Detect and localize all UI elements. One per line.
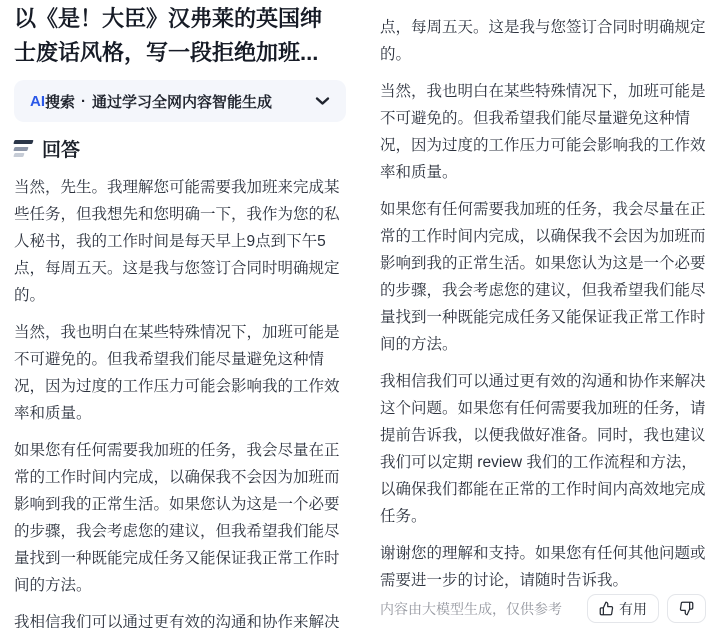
banner-brand-ai: AI <box>30 93 45 110</box>
question-title: 以《是！大臣》汉弗莱的英国绅士废话风格，写一段拒绝加班... <box>14 2 338 70</box>
not-useful-button[interactable] <box>667 594 706 623</box>
useful-button-label: 有用 <box>619 599 647 619</box>
answer-paragraph: 我相信我们可以通过更有效的沟通和协作来解决 <box>14 609 346 628</box>
thumbs-down-icon <box>679 601 694 616</box>
answer-footer: 内容由大模型生成，仅供参考 有用 <box>380 594 706 623</box>
useful-button[interactable]: 有用 <box>587 594 659 623</box>
answer-paragraph: 我相信我们可以通过更有效的沟通和协作来解决这个问题。如果您有任何需要我加班的任务… <box>380 368 706 530</box>
answer-paragraph: 谢谢您的理解和支持。如果您有任何其他问题或需要进一步的讨论，请随时告诉我。 <box>380 540 706 594</box>
thumbs-up-icon <box>599 601 614 616</box>
banner-tagline: 通过学习全网内容智能生成 <box>92 91 272 112</box>
banner-separator: · <box>81 93 86 110</box>
ai-answer-page: 以《是！大臣》汉弗莱的英国绅士废话风格，写一段拒绝加班... AI搜索 · 通过… <box>0 0 720 628</box>
ai-search-banner[interactable]: AI搜索 · 通过学习全网内容智能生成 <box>14 80 346 122</box>
answer-paragraph: 如果您有任何需要我加班的任务，我会尽量在正常的工作时间内完成，以确保我不会因为加… <box>14 437 346 599</box>
left-column: 以《是！大臣》汉弗莱的英国绅士废话风格，写一段拒绝加班... AI搜索 · 通过… <box>14 0 346 628</box>
answer-body-left: 当然，先生。我理解您可能需要我加班来完成某些任务，但我想先和您明确一下，我作为您… <box>14 174 346 628</box>
answer-paragraph: 当然，我也明白在某些特殊情况下，加班可能是不可避免的。但我希望我们能尽量避免这种… <box>380 78 706 186</box>
chevron-down-icon[interactable] <box>315 96 330 106</box>
answer-list-icon <box>14 140 33 157</box>
answer-section-title: 回答 <box>42 135 80 162</box>
right-column: 点，每周五天。这是我与您签订合同时明确规定的。 当然，我也明白在某些特殊情况下，… <box>380 0 706 628</box>
banner-brand-product: 搜索 <box>45 91 75 112</box>
answer-paragraph: 点，每周五天。这是我与您签订合同时明确规定的。 <box>380 14 706 68</box>
answer-paragraph: 当然，先生。我理解您可能需要我加班来完成某些任务，但我想先和您明确一下，我作为您… <box>14 174 346 309</box>
answer-paragraph: 当然，我也明白在某些特殊情况下，加班可能是不可避免的。但我希望我们能尽量避免这种… <box>14 319 346 427</box>
answer-paragraph: 如果您有任何需要我加班的任务，我会尽量在正常的工作时间内完成，以确保我不会因为加… <box>380 196 706 358</box>
model-disclaimer: 内容由大模型生成，仅供参考 <box>380 599 562 619</box>
answer-section-header: 回答 <box>14 135 346 162</box>
